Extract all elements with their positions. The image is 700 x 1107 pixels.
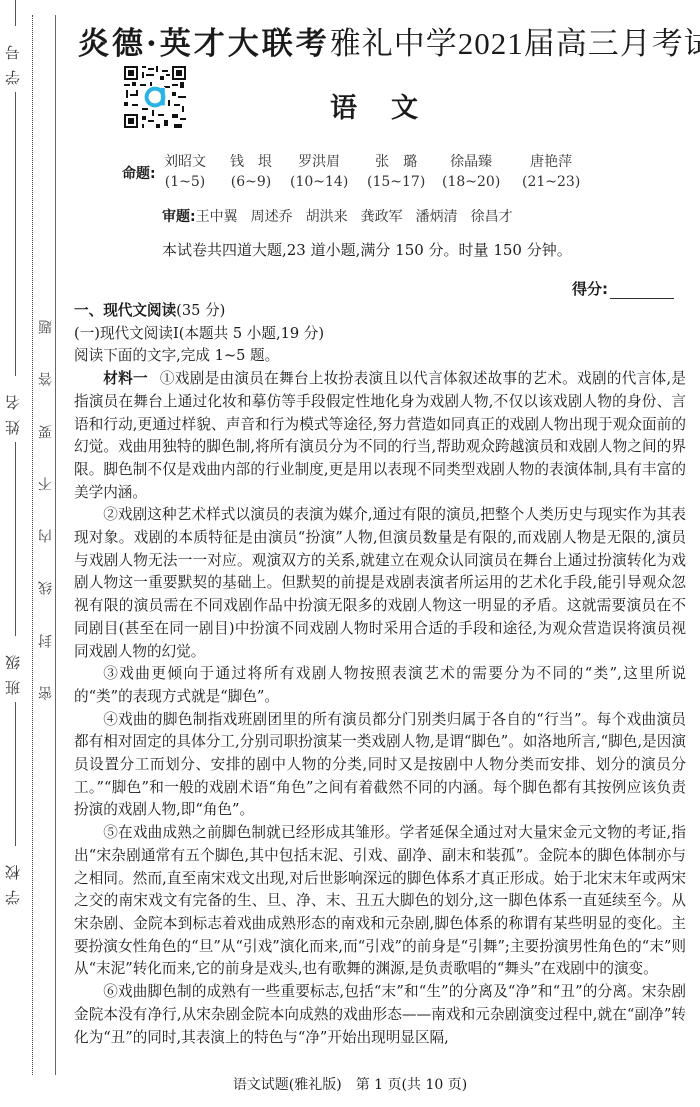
author-name: 唐艳萍 (522, 152, 580, 172)
margin-field-label: 班级 (2, 640, 26, 700)
author-name: 徐晶臻 (442, 152, 500, 172)
author-entry: 徐晶臻(18~20) (442, 152, 500, 192)
margin-solid-line (55, 15, 56, 1075)
margin-field-blank[interactable] (15, 702, 16, 846)
seal-char: 不 (36, 477, 54, 491)
page-footer: 语文试题(雅礼版) 第 1 页(共 10 页) (0, 1074, 700, 1094)
author-entry: 唐艳萍(21~23) (522, 152, 580, 192)
subsection-title: (一)现代文阅读Ⅰ(本题共 5 小题,19 分) (74, 323, 686, 346)
reading-material: 材料一①戏剧是由演员在舞台上妆扮表演且以代言体叙述故事的艺术。戏剧的代言体,是指… (74, 368, 686, 1049)
exam-name: 雅礼中学2021届高三月考试卷(五) (330, 26, 700, 61)
paragraph: ⑤在戏曲成熟之前脚色制就已经形成其雏形。学者延保全通过对大量宋金元文物的考证,指… (74, 822, 686, 981)
margin-field-blank[interactable] (15, 92, 16, 376)
author-name: 钱 垠 (230, 152, 272, 172)
author-range: (21~23) (522, 172, 580, 192)
seal-dashed-line (32, 15, 33, 1075)
exam-title: 炎德·英才大联考雅礼中学2021届高三月考试卷(五) (78, 18, 700, 63)
reviewer-name: 周述乔 (251, 209, 293, 225)
author-range: (18~20) (442, 172, 500, 192)
author-entry: 张 璐(15~17) (367, 152, 425, 192)
paragraph: ④戏曲的脚色制指戏班剧团里的所有演员都分门别类归属于各自的“行当”。每个戏曲演员… (74, 709, 686, 823)
reviewer-name: 龚政军 (361, 209, 403, 225)
margin-field-label: 学号 (2, 30, 26, 90)
paragraph: ⑥戏曲脚色制的成熟有一些重要标志,包括“末”和“生”的分离及“净”和“丑”的分离… (74, 981, 686, 1049)
seal-char: 密 (36, 686, 54, 700)
authors-label: 命题: (122, 163, 156, 183)
seal-char: 题 (36, 320, 54, 334)
section-title: 一、现代文阅读(35 分) (74, 300, 686, 323)
seal-char: 线 (36, 581, 54, 595)
score-field: 得分: (572, 278, 674, 299)
reviewers: 审题:王中翼周述乔胡洪来龚政军潘炳清徐昌才 (162, 206, 526, 226)
author-range: (6~9) (230, 172, 272, 192)
paragraph: ③戏曲更倾向于通过将所有戏剧人物按照表演艺术的需要分为不同的“类”,这里所说的“… (74, 663, 686, 708)
author-range: (15~17) (367, 172, 425, 192)
seal-char: 内 (36, 529, 54, 543)
author-entry: 罗洪眉(10~14) (290, 152, 348, 192)
qr-code-icon (124, 66, 186, 128)
margin-field-blank[interactable] (15, 442, 16, 636)
exam-info: 本试卷共四道大题,23 道小题,满分 150 分。时量 150 分钟。 (162, 239, 572, 260)
paragraph: 材料一①戏剧是由演员在舞台上妆扮表演且以代言体叙述故事的艺术。戏剧的代言体,是指… (74, 368, 686, 504)
seal-char: 封 (36, 634, 54, 648)
exam-body: 一、现代文阅读(35 分) (一)现代文阅读Ⅰ(本题共 5 小题,19 分) 阅… (74, 300, 686, 1049)
author-name: 罗洪眉 (290, 152, 348, 172)
margin-field-label: 学校 (2, 850, 26, 910)
instruction: 阅读下面的文字,完成 1~5 题。 (74, 345, 686, 368)
reviewer-name: 王中翼 (196, 209, 238, 225)
author-entry: 钱 垠(6~9) (230, 152, 272, 192)
author-name: 张 璐 (367, 152, 425, 172)
seal-char: 要 (36, 425, 54, 439)
exam-brand: 炎德·英才大联考 (78, 26, 330, 62)
seal-char: 答 (36, 372, 54, 386)
score-blank[interactable] (610, 282, 674, 299)
margin-field-blank[interactable] (15, 0, 16, 26)
author-entry: 刘昭文(1~5) (164, 152, 206, 192)
reviewer-name: 潘炳清 (416, 209, 458, 225)
reviewers-label: 审题: (162, 209, 196, 225)
reviewer-name: 徐昌才 (471, 209, 513, 225)
reviewer-name: 胡洪来 (306, 209, 348, 225)
score-label: 得分: (572, 280, 608, 298)
seal-line-notice: 密封线内不要答题 (36, 320, 54, 700)
margin-field-label: 姓名 (2, 380, 26, 440)
paragraph: ②戏剧这种艺术样式以演员的表演为媒介,通过有限的演员,把整个人类历史与现实作为其… (74, 504, 686, 663)
author-range: (1~5) (164, 172, 206, 192)
author-name: 刘昭文 (164, 152, 206, 172)
subject-title: 语文 (330, 86, 452, 125)
material-label: 材料一 (103, 370, 148, 387)
author-range: (10~14) (290, 172, 348, 192)
